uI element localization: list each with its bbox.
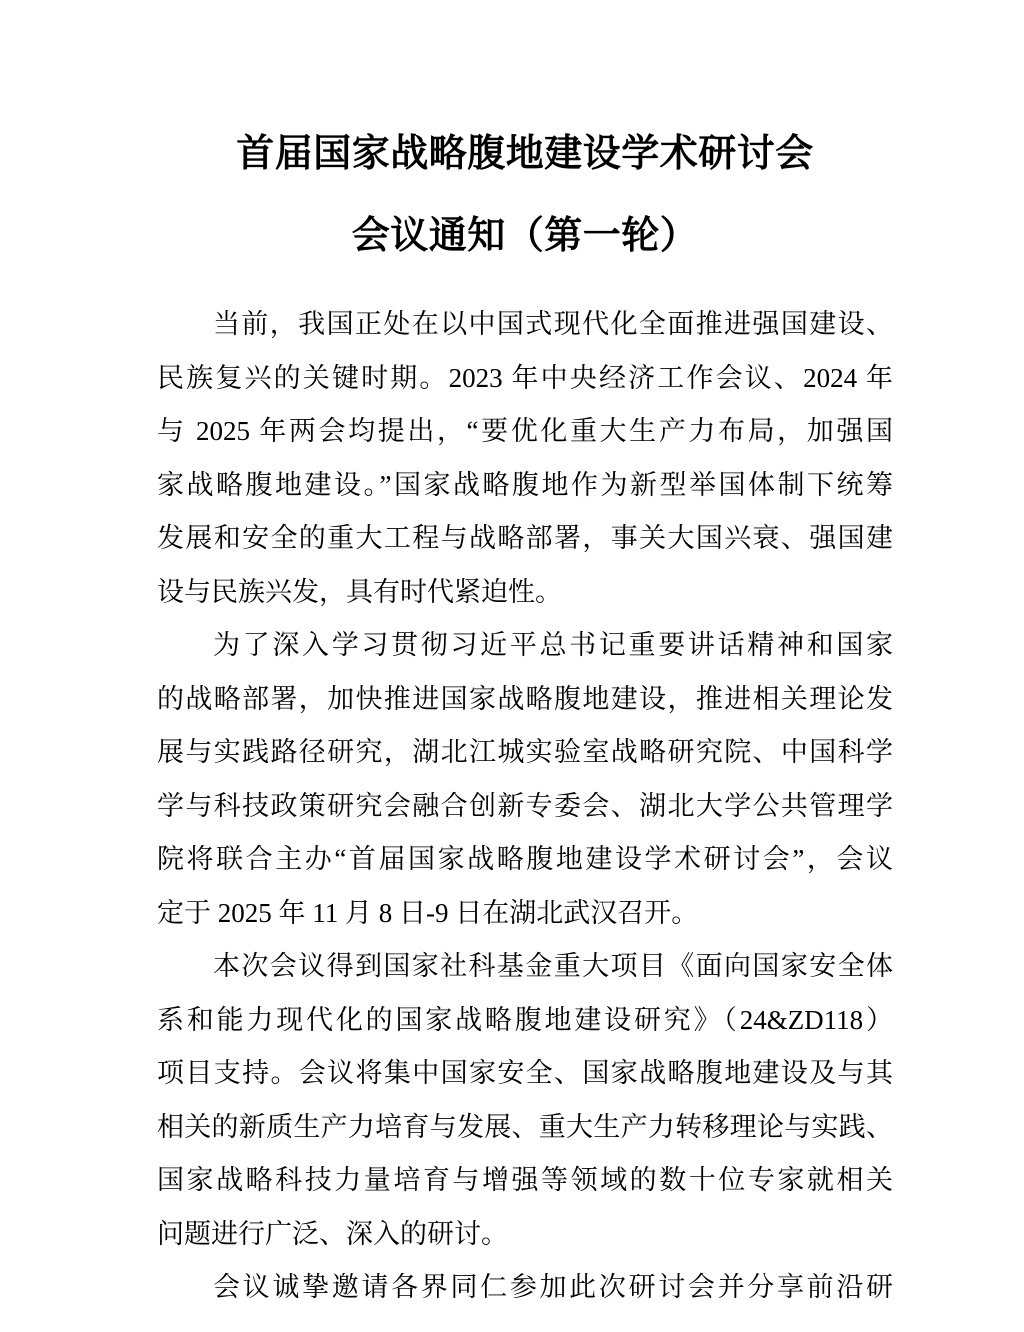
paragraph-line: 设与民族兴发，具有时代紧迫性。: [157, 566, 893, 620]
document-subtitle: 会议通知（第一轮）: [157, 210, 893, 262]
paragraph-line: 展与实践路径研究，湖北江城实验室战略研究院、中国科学: [157, 726, 893, 780]
paragraph-line: 院将联合主办“首届国家战略腹地建设学术研讨会”，会议: [157, 833, 893, 887]
paragraph-line: 当前，我国正处在以中国式现代化全面推进强国建设、: [157, 298, 893, 352]
paragraph-line: 家战略腹地建设。”国家战略腹地作为新型举国体制下统筹: [157, 459, 893, 513]
paragraph-line: 会议诚挚邀请各界同仁参加此次研讨会并分享前沿研: [157, 1261, 893, 1315]
paragraph-line: 为了深入学习贯彻习近平总书记重要讲话精神和国家: [157, 619, 893, 673]
document-title: 首届国家战略腹地建设学术研讨会: [157, 128, 893, 180]
paragraph-line: 学与科技政策研究会融合创新专委会、湖北大学公共管理学: [157, 780, 893, 834]
paragraph-line: 国家战略科技力量培育与增强等领域的数十位专家就相关: [157, 1154, 893, 1208]
paragraph-line: 问题进行广泛、深入的研讨。: [157, 1208, 893, 1262]
paragraph-line: 发展和安全的重大工程与战略部署，事关大国兴衰、强国建: [157, 512, 893, 566]
paragraph-line: 的战略部署，加快推进国家战略腹地建设，推进相关理论发: [157, 673, 893, 727]
paragraph-line: 相关的新质生产力培育与发展、重大生产力转移理论与实践、: [157, 1101, 893, 1155]
document-page: 首届国家战略腹地建设学术研讨会 会议通知（第一轮） 当前，我国正处在以中国式现代…: [0, 0, 1024, 1332]
paragraph-line: 民族复兴的关键时期。2023 年中央经济工作会议、2024 年: [157, 352, 893, 406]
paragraph-line: 定于 2025 年 11 月 8 日-9 日在湖北武汉召开。: [157, 887, 893, 941]
paragraph-line: 本次会议得到国家社科基金重大项目《面向国家安全体: [157, 940, 893, 994]
document-body: 当前，我国正处在以中国式现代化全面推进强国建设、民族复兴的关键时期。2023 年…: [157, 298, 893, 1315]
paragraph-line: 项目支持。会议将集中国家安全、国家战略腹地建设及与其: [157, 1047, 893, 1101]
paragraph-line: 与 2025 年两会均提出，“要优化重大生产力布局，加强国: [157, 405, 893, 459]
paragraph-line: 系和能力现代化的国家战略腹地建设研究》（24&ZD118）: [157, 994, 893, 1048]
